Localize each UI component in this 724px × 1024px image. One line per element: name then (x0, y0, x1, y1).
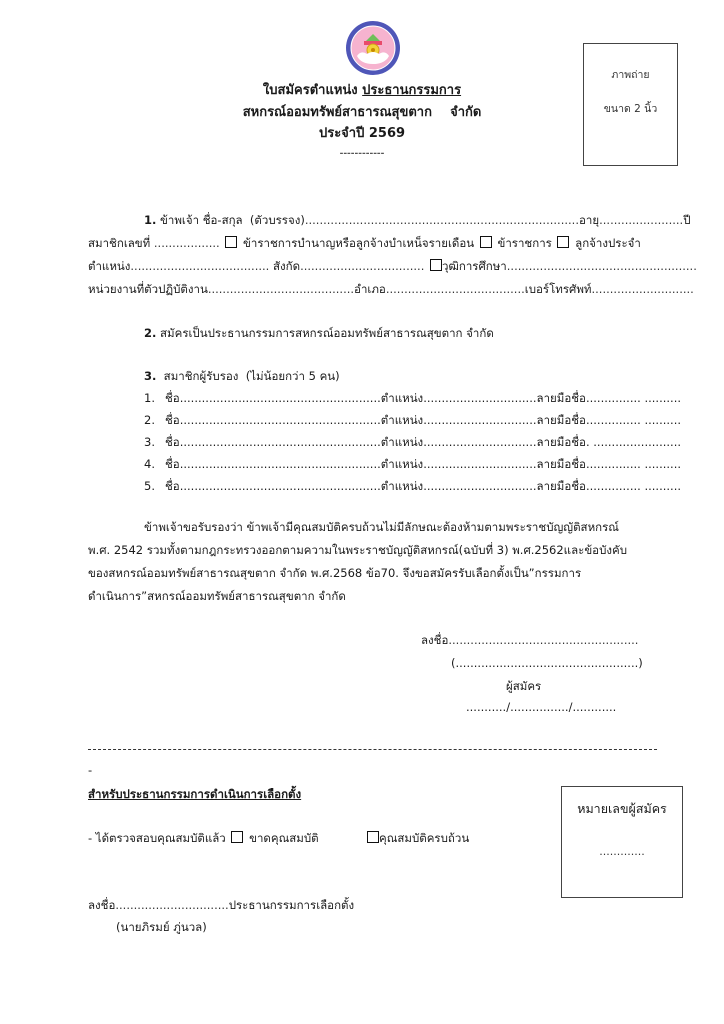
permanent-employee-label: ลูกจ้างประจำ (575, 236, 641, 250)
endorser-name-label: ชื่อ (165, 391, 180, 405)
endorser-name-label: ชื่อ (165, 479, 180, 493)
member-number-field[interactable]: .................. (154, 236, 220, 250)
endorser-row: 5.ชื่อ..................................… (144, 479, 681, 493)
civil-servant-checkbox[interactable] (480, 236, 492, 248)
section1-row2: สมาชิกเลขที่ .................. ข้าราชกา… (88, 236, 641, 250)
committee-sign-field[interactable]: ............................... (115, 898, 228, 912)
district-field[interactable]: ...................................... (386, 282, 525, 296)
year-unit-label: ปี (683, 213, 690, 227)
section1-row1: 1. ข้าพเจ้า ชื่อ-สกุล (ตัวบรรจง)........… (144, 213, 691, 227)
applicant-number-label: หมายเลขผู้สมัคร (562, 799, 682, 819)
qualification-check-row: - ได้ตรวจสอบคุณสมบัติแล้ว ขาดคุณสมบัติ (88, 831, 319, 845)
endorser-name-field[interactable]: ........................................… (180, 457, 381, 471)
endorser-row: 1.ชื่อ..................................… (144, 391, 681, 405)
endorser-signature-field[interactable]: ............... .......... (586, 479, 681, 493)
endorser-name-field[interactable]: ........................................… (180, 479, 381, 493)
fullname-label: ข้าพเจ้า ชื่อ-สกุล (ตัวบรรจง) (156, 213, 304, 227)
applicant-number-field[interactable]: ............. (562, 845, 682, 858)
endorser-index: 3. (144, 435, 162, 449)
photo-box-label: ภาพถ่าย (584, 66, 677, 83)
endorser-signature-field[interactable]: . ........................ (586, 435, 681, 449)
applicant-name-field[interactable]: (.......................................… (451, 656, 643, 670)
endorser-name-label: ชื่อ (165, 435, 180, 449)
qualification-check-label: - ได้ตรวจสอบคุณสมบัติแล้ว (88, 831, 229, 845)
affiliation-field[interactable]: .................................. (300, 259, 424, 273)
declaration-line-4: ดำเนินการ”สหกรณ์ออมทรัพย์สาธารณสุขตาก จำ… (88, 589, 346, 603)
form-title-prefix: ใบสมัครตำแหน่ง (263, 83, 362, 98)
endorser-signature-field[interactable]: ............... .......... (586, 391, 681, 405)
endorser-signature-label: ลายมือชื่อ (537, 479, 586, 493)
endorser-signature-label: ลายมือชื่อ (537, 435, 586, 449)
endorser-position-field[interactable]: ............................... (423, 413, 536, 427)
photo-box[interactable]: ภาพถ่าย ขนาด 2 นิ้ว (583, 43, 678, 166)
committee-sign-label: ลงชื่อ (88, 898, 115, 912)
committee-signer-name: (นายภิรมย์ ภู่นวล) (116, 920, 207, 934)
education-field[interactable]: ........................................… (507, 259, 697, 273)
endorser-signature-field[interactable]: ............... .......... (586, 413, 681, 427)
endorser-position-label: ตำแหน่ง (381, 435, 423, 449)
endorser-index: 2. (144, 413, 162, 427)
phone-field[interactable]: ............................ (591, 282, 693, 296)
pensioner-label: ข้าราชการบำนาญหรือลูกจ้างบำเหน็จรายเดือน (243, 236, 474, 250)
seal-icon (345, 20, 401, 76)
workplace-field[interactable]: ........................................ (208, 282, 354, 296)
endorser-name-field[interactable]: ........................................… (180, 413, 381, 427)
cooperative-logo (345, 20, 401, 76)
applicant-number-box: หมายเลขผู้สมัคร ............. (561, 786, 683, 898)
endorser-row: 2.ชื่อ..................................… (144, 413, 681, 427)
endorser-index: 1. (144, 391, 162, 405)
section1-row4: หน่วยงานที่ตัวปฏิบัติงาน................… (88, 282, 694, 296)
age-field[interactable]: ....................... (599, 213, 683, 227)
endorser-position-label: ตำแหน่ง (381, 457, 423, 471)
separator-dash: - (88, 763, 92, 777)
endorser-name-label: ชื่อ (165, 413, 180, 427)
job-position-label: ตำแหน่ง (88, 259, 130, 273)
applicant-role: ผู้สมัคร (506, 679, 541, 693)
section2-text: สมัครเป็นประธานกรรมการสหกรณ์ออมทรัพย์สาธ… (156, 326, 493, 340)
section3-title: 3. สมาชิกผู้รับรอง (ไม่น้อยกว่า 5 คน) (144, 369, 340, 383)
committee-sign-role: ประธานกรรมการเลือกตั้ง (229, 898, 354, 912)
permanent-employee-checkbox[interactable] (557, 236, 569, 248)
endorser-row: 4.ชื่อ..................................… (144, 457, 681, 471)
endorser-position-field[interactable]: ............................... (423, 479, 536, 493)
photo-size-label: ขนาด 2 นิ้ว (584, 100, 677, 117)
applicant-sign-field[interactable]: ........................................… (448, 633, 638, 647)
endorser-position-label: ตำแหน่ง (381, 413, 423, 427)
endorser-index: 5. (144, 479, 162, 493)
qualified-label: คุณสมบัติครบถ้วน (379, 831, 469, 845)
endorser-name-field[interactable]: ........................................… (180, 391, 381, 405)
endorser-name-field[interactable]: ........................................… (180, 435, 381, 449)
endorser-position-field[interactable]: ............................... (423, 435, 536, 449)
endorser-position-label: ตำแหน่ง (381, 479, 423, 493)
endorser-signature-label: ลายมือชื่อ (537, 391, 586, 405)
declaration-line-3: ของสหกรณ์ออมทรัพย์สาธารณสุขตาก จำกัด พ.ศ… (88, 566, 581, 580)
committee-heading: สำหรับประธานกรรมการดำเนินการเลือกตั้ง (88, 787, 301, 801)
endorser-signature-label: ลายมือชื่อ (537, 413, 586, 427)
applicant-sign-row: ลงชื่อ..................................… (421, 633, 638, 647)
fullname-field[interactable]: ........................................… (305, 213, 579, 227)
section-separator (88, 749, 657, 750)
endorser-signature-label: ลายมือชื่อ (537, 457, 586, 471)
endorser-name-label: ชื่อ (165, 457, 180, 471)
civil-servant-label: ข้าราชการ (497, 236, 551, 250)
phone-label: เบอร์โทรศัพท์ (525, 282, 592, 296)
endorser-position-field[interactable]: ............................... (423, 457, 536, 471)
committee-sign-row: ลงชื่อ...............................ประ… (88, 898, 354, 912)
qualified-checkbox[interactable] (367, 831, 379, 843)
endorser-index: 4. (144, 457, 162, 471)
section1-row3: ตำแหน่ง.................................… (88, 259, 697, 273)
pensioner-checkbox[interactable] (225, 236, 237, 248)
form-title-position: ประธานกรรมการ (362, 83, 461, 98)
endorser-position-field[interactable]: ............................... (423, 391, 536, 405)
education-checkbox[interactable] (430, 259, 442, 271)
section1-number: 1. (144, 213, 156, 227)
workplace-label: หน่วยงานที่ตัวปฏิบัติงาน (88, 282, 208, 296)
age-label: อายุ (579, 213, 599, 227)
section2-number: 2. (144, 326, 156, 340)
declaration-line-2: พ.ศ. 2542 รวมทั้งตามกฎกระทรวงออกตามความใ… (88, 543, 627, 557)
endorser-signature-field[interactable]: ............... .......... (586, 457, 681, 471)
job-position-field[interactable]: ...................................... (130, 259, 269, 273)
district-label: อำเภอ (354, 282, 386, 296)
member-number-label: สมาชิกเลขที่ (88, 236, 154, 250)
section3-number: 3. (144, 369, 156, 383)
application-date-field[interactable]: .........../................/...........… (466, 700, 616, 714)
qualified-option: คุณสมบัติครบถ้วน (367, 831, 469, 845)
unqualified-label: ขาดคุณสมบัติ (245, 831, 318, 845)
declaration-line-1: ข้าพเจ้าขอรับรองว่า ข้าพเจ้ามีคุณสมบัติค… (144, 520, 619, 534)
education-label: วุฒิการศึกษา (442, 259, 507, 273)
section3-heading: สมาชิกผู้รับรอง (ไม่น้อยกว่า 5 คน) (156, 369, 339, 383)
endorser-row: 3.ชื่อ..................................… (144, 435, 681, 449)
unqualified-checkbox[interactable] (231, 831, 243, 843)
section2: 2. สมัครเป็นประธานกรรมการสหกรณ์ออมทรัพย์… (144, 326, 494, 340)
affiliation-label: สังกัด (269, 259, 300, 273)
applicant-sign-label: ลงชื่อ (421, 633, 448, 647)
endorser-position-label: ตำแหน่ง (381, 391, 423, 405)
